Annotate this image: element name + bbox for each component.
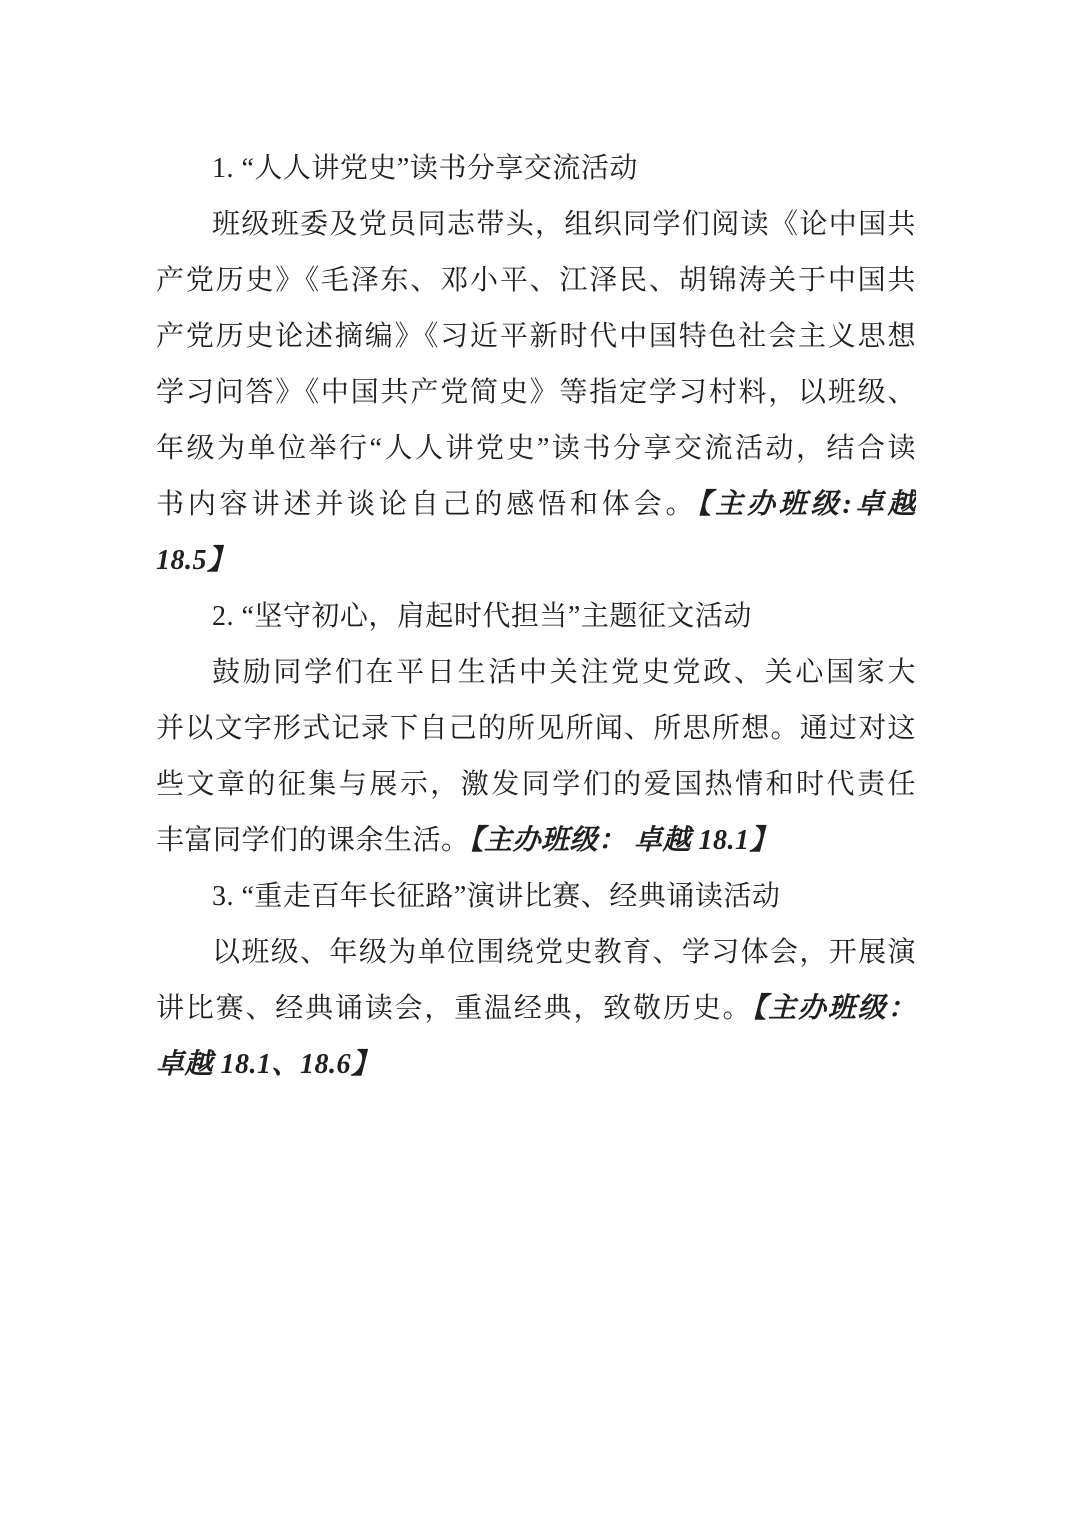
- text-line: 年级为单位举行“人人讲党史”读书分享交流活动，结合读: [156, 421, 916, 477]
- text-line: 讲比赛、经典诵读会，重温经典，致敬历史。【主办班级：: [156, 981, 916, 1037]
- text-line: 班级班委及党员同志带头，组织同学们阅读《论中国共: [156, 197, 916, 253]
- body-text: 鼓励同学们在平日生活中关注党史党政、关心国家大事，: [156, 657, 916, 701]
- text-line: 鼓励同学们在平日生活中关注党史党政、关心国家大事，: [156, 645, 916, 701]
- text-line: 18.5】: [156, 533, 916, 589]
- text-line: 产党历史论述摘编》《习近平新时代中国特色社会主义思想: [156, 309, 916, 365]
- document-page: 1. “人人讲党史”读书分享交流活动班级班委及党员同志带头，组织同学们阅读《论中…: [0, 0, 1080, 1528]
- text-line: 产党历史》《毛泽东、邓小平、江泽民、胡锦涛关于中国共: [156, 253, 916, 309]
- text-line: 以班级、年级为单位围绕党史教育、学习体会，开展演: [156, 925, 916, 981]
- body-text: 讲比赛、经典诵读会，重温经典，致敬历史。: [156, 993, 752, 1024]
- document-body: 1. “人人讲党史”读书分享交流活动班级班委及党员同志带头，组织同学们阅读《论中…: [156, 141, 916, 1093]
- body-text: 些文章的征集与展示，激发同学们的爱国热情和时代责任感，: [156, 769, 916, 813]
- organizer-emphasis-text: 【主办班级： 卓越 18.1】: [470, 825, 779, 856]
- body-text: 产党历史》《毛泽东、邓小平、江泽民、胡锦涛关于中国共: [156, 265, 916, 296]
- body-text: 学习问答》《中国共产党简史》等指定学习村料，以班级、: [156, 377, 916, 408]
- text-line: 1. “人人讲党史”读书分享交流活动: [156, 141, 916, 197]
- body-text: 班级班委及党员同志带头，组织同学们阅读《论中国共: [212, 209, 916, 240]
- organizer-emphasis-text: 卓越 18.1、18.6】: [156, 1049, 380, 1080]
- text-line: 书内容讲述并谈论自己的感悟和体会。【主办班级:卓越 18.2、: [156, 477, 916, 533]
- body-text: 年级为单位举行“人人讲党史”读书分享交流活动，结合读: [156, 433, 916, 464]
- body-text: 产党历史论述摘编》《习近平新时代中国特色社会主义思想: [156, 321, 916, 352]
- body-text: 书内容讲述并谈论自己的感悟和体会。: [156, 489, 697, 520]
- text-line: 2. “坚守初心，肩起时代担当”主题征文活动: [156, 589, 916, 645]
- body-text: 并以文字形式记录下自己的所见所闻、所思所想。通过对这: [156, 713, 916, 744]
- organizer-emphasis-text: 【主办班级：: [752, 993, 916, 1024]
- text-line: 些文章的征集与展示，激发同学们的爱国热情和时代责任感，: [156, 757, 916, 813]
- text-line: 丰富同学们的课余生活。【主办班级： 卓越 18.1】: [156, 813, 916, 869]
- text-line: 3. “重走百年长征路”演讲比赛、经典诵读活动: [156, 869, 916, 925]
- text-line: 卓越 18.1、18.6】: [156, 1037, 916, 1093]
- text-line: 并以文字形式记录下自己的所见所闻、所思所想。通过对这: [156, 701, 916, 757]
- body-text: 1. “人人讲党史”读书分享交流活动: [212, 153, 638, 184]
- organizer-emphasis-text: 18.5】: [156, 545, 236, 576]
- body-text: 丰富同学们的课余生活。: [156, 825, 470, 856]
- text-line: 学习问答》《中国共产党简史》等指定学习村料，以班级、: [156, 365, 916, 421]
- body-text: 3. “重走百年长征路”演讲比赛、经典诵读活动: [212, 881, 780, 912]
- body-text: 以班级、年级为单位围绕党史教育、学习体会，开展演: [212, 937, 916, 968]
- body-text: 2. “坚守初心，肩起时代担当”主题征文活动: [212, 601, 752, 632]
